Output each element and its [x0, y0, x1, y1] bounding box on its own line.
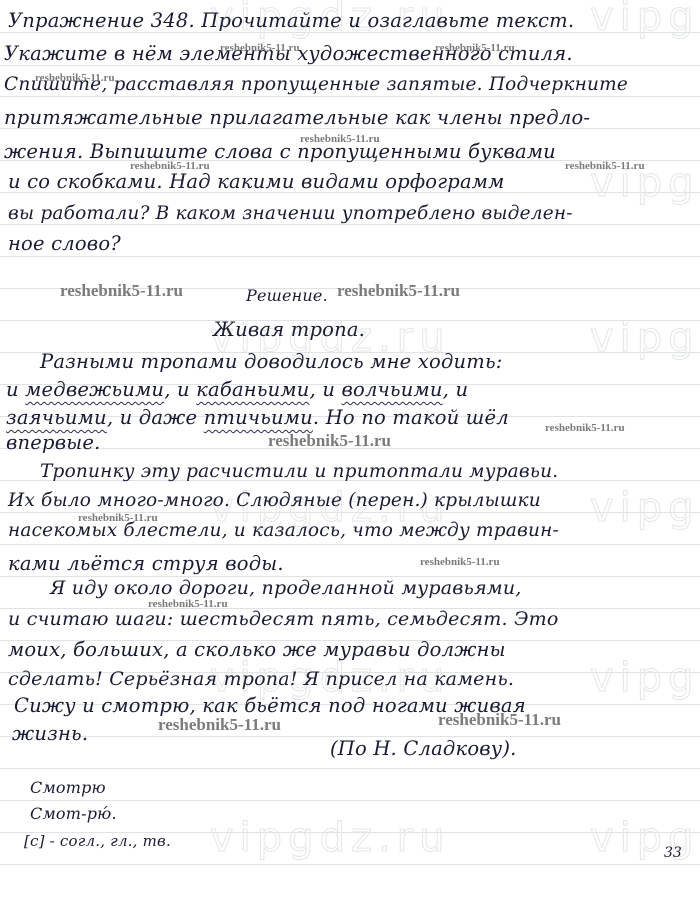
text-line: сделать! Серьёзная тропа! Я присел на ка…: [8, 668, 514, 690]
task-line: и со скобками. Над какими видами орфогра…: [8, 170, 505, 193]
task-line: притяжательные прилагательные как члены …: [4, 106, 590, 129]
task-line: Упражнение 348. Прочитайте и озаглавьте …: [8, 9, 574, 32]
site-watermark: reshebnik5-11.ru: [420, 556, 500, 568]
site-watermark: reshebnik5-11.ru: [438, 710, 561, 730]
text-line: моих, больших, а сколько же муравьи долж…: [8, 638, 506, 661]
site-watermark: reshebnik5-11.ru: [268, 431, 391, 451]
site-watermark: reshebnik5-11.ru: [130, 160, 210, 172]
underlined-word: волчьими: [342, 378, 443, 401]
solution-label: Решение.: [246, 286, 328, 305]
text-line: ками льётся струя воды.: [8, 552, 284, 575]
task-line: жения. Выпишите слова с пропущенными бук…: [4, 140, 556, 163]
site-watermark: reshebnik5-11.ru: [565, 160, 645, 172]
phonetic-word: Смотрю: [30, 778, 106, 797]
solution-title: Живая тропа.: [213, 318, 365, 341]
site-watermark: reshebnik5-11.ru: [300, 133, 380, 145]
site-watermark: reshebnik5-11.ru: [35, 72, 115, 84]
background-watermark: vipgdz.ru: [590, 485, 700, 531]
site-watermark: reshebnik5-11.ru: [60, 281, 183, 301]
underlined-word: птичьими: [204, 406, 313, 429]
underlined-word: заячьими: [6, 406, 107, 429]
text-line: Я иду около дороги, проделанной муравьям…: [50, 577, 522, 599]
text-line: заячьими, и даже птичьими. Но по такой ш…: [6, 406, 509, 429]
site-watermark: reshebnik5-11.ru: [220, 42, 300, 54]
site-watermark: reshebnik5-11.ru: [148, 598, 228, 610]
task-line: ное слово?: [8, 232, 121, 255]
site-watermark: reshebnik5-11.ru: [158, 715, 281, 735]
background-watermark: vipgdz.ru: [590, 315, 700, 361]
site-watermark: reshebnik5-11.ru: [545, 422, 625, 434]
background-watermark: vipgdz.ru: [590, 815, 700, 861]
text-line: и считаю шаги: шестьдесят пять, семьдеся…: [8, 608, 559, 630]
site-watermark: reshebnik5-11.ru: [337, 281, 460, 301]
site-watermark: reshebnik5-11.ru: [435, 42, 515, 54]
text-line: впервые.: [6, 431, 101, 454]
text-line: Тропинку эту расчистили и притоптали мур…: [40, 461, 558, 482]
phonetic-syllables: Смот-рю́.: [30, 804, 117, 823]
text-line: Разными тропами доводилось мне ходить:: [40, 350, 503, 373]
phonetic-sound-note: [с] - согл., гл., тв.: [24, 832, 171, 850]
task-line: вы работали? В каком значении употреблен…: [8, 203, 573, 224]
page-number: 33: [664, 845, 682, 861]
site-watermark: reshebnik5-11.ru: [78, 512, 158, 524]
background-watermark: vipgdz.ru: [210, 815, 450, 861]
text-line: Их было много-много. Слюдяные (перен.) к…: [8, 490, 541, 511]
text-line: и медвежьими, и кабаньими, и волчьими, и: [6, 378, 468, 401]
background-watermark: vipgdz.ru: [590, 0, 700, 40]
underlined-word: кабаньими: [196, 378, 309, 401]
underlined-word: медвежьими: [25, 378, 164, 401]
text-line: жизнь.: [12, 722, 88, 745]
attribution: (По Н. Сладкову).: [330, 737, 517, 760]
background-watermark: vipgdz.ru: [590, 655, 700, 701]
